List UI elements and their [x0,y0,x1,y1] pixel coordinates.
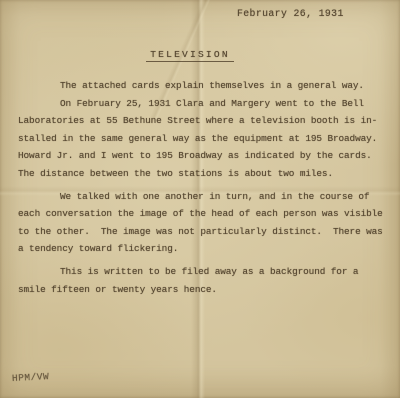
typed-line: smile fifteen or twenty years hence. [18,281,390,299]
memo-body: The attached cards explain themselves in… [18,77,390,298]
typist-initials: HPM/VW [12,371,50,384]
title-row: TELEVISION [0,44,380,62]
typed-line: On February 25, 1931 Clara and Margery w… [18,95,390,113]
paragraph-1: The attached cards explain themselves in… [18,77,390,95]
memo-date: February 26, 1931 [237,8,344,19]
typed-line: a tendency toward flickering. [18,240,390,258]
typed-line: This is written to be filed away as a ba… [18,263,390,281]
typed-line: to the other. The image was not particul… [18,223,390,241]
scanned-memo-page: February 26, 1931 TELEVISION The attache… [0,0,400,398]
typed-line: stalled in the same general way as the e… [18,130,390,148]
typed-line: Howard Jr. and I went to 195 Broadway as… [18,147,390,165]
typed-line: The attached cards explain themselves in… [18,77,390,95]
typed-line: We talked with one another in turn, and … [18,188,390,206]
typed-line: Laboratories at 55 Bethune Street where … [18,112,390,130]
memo-title: TELEVISION [146,49,234,62]
paragraph-3: We talked with one another in turn, and … [18,188,390,258]
paragraph-4: This is written to be filed away as a ba… [18,263,390,298]
paragraph-2: On February 25, 1931 Clara and Margery w… [18,95,390,183]
typed-line: The distance between the two stations is… [18,165,390,183]
typed-line: each conversation the image of the head … [18,205,390,223]
